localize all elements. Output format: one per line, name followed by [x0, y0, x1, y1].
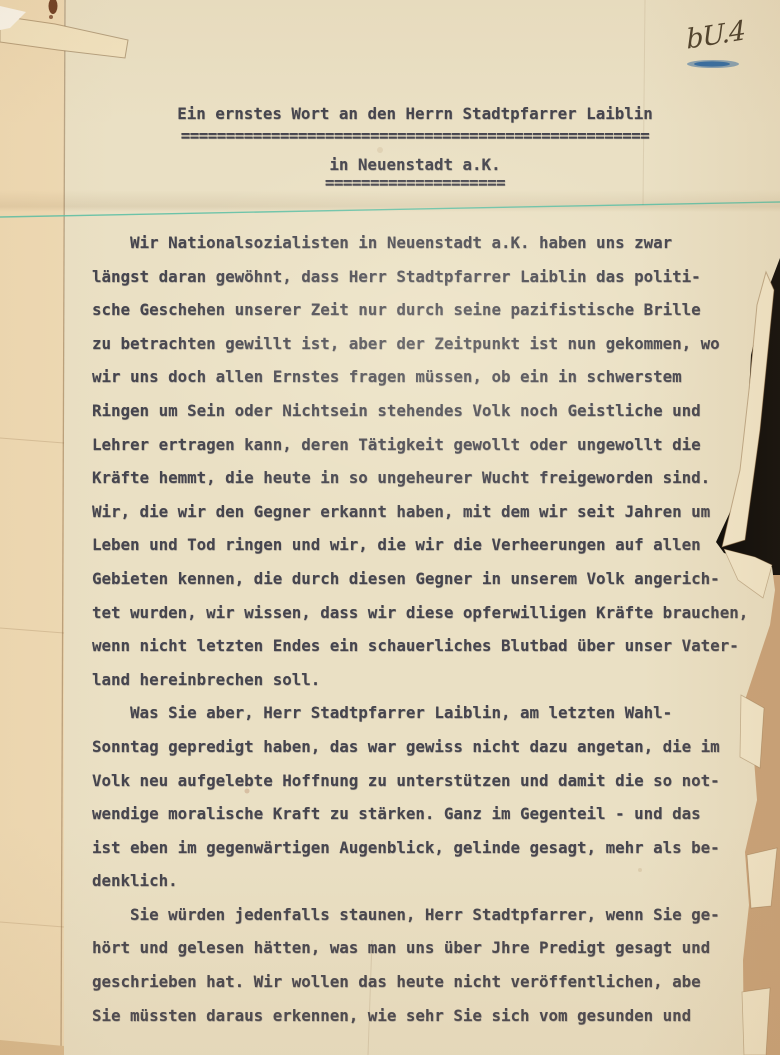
- document-scan-page: bU.4 Ein ernstes Wort an den Herrn Stadt…: [0, 0, 780, 1055]
- body-line: Ringen um Sein oder Nichtsein stehendes …: [92, 394, 780, 428]
- body-line: Wir, die wir den Gegner erkannt haben, m…: [92, 495, 780, 529]
- body-line: geschrieben hat. Wir wollen das heute ni…: [92, 965, 780, 999]
- body-line: sche Geschehen unserer Zeit nur durch se…: [92, 293, 780, 327]
- title-underline: ========================================…: [0, 126, 780, 145]
- body-line: Was Sie aber, Herr Stadtpfarrer Laiblin,…: [92, 696, 780, 730]
- body-line: tet wurden, wir wissen, dass wir diese o…: [92, 596, 780, 630]
- body-line: Sie müssten daraus erkennen, wie sehr Si…: [92, 999, 780, 1033]
- body-line: ist eben im gegenwärtigen Augenblick, ge…: [92, 831, 780, 865]
- body-line: längst daran gewöhnt, dass Herr Stadtpfa…: [92, 260, 780, 294]
- body-line: Wir Nationalsozialisten in Neuenstadt a.…: [92, 226, 780, 260]
- body-line: wenn nicht letzten Endes ein schauerlich…: [92, 629, 780, 663]
- body-line: hört und gelesen hätten, was man uns übe…: [92, 931, 780, 965]
- body-line: Sie würden jedenfalls staunen, Herr Stad…: [92, 898, 780, 932]
- body-line: Lehrer ertragen kann, deren Tätigkeit ge…: [92, 428, 780, 462]
- body-line: Gebieten kennen, die durch diesen Gegner…: [92, 562, 780, 596]
- heading-block: Ein ernstes Wort an den Herrn Stadtpfarr…: [0, 0, 780, 200]
- body-line: Leben und Tod ringen und wir, die wir di…: [92, 528, 780, 562]
- body-line: denklich.: [92, 864, 780, 898]
- body-line: land hereinbrechen soll.: [92, 663, 780, 697]
- body-text: Wir Nationalsozialisten in Neuenstadt a.…: [92, 226, 780, 1032]
- body-line: Sonntag gepredigt haben, das war gewiss …: [92, 730, 780, 764]
- body-line: wir uns doch allen Ernstes fragen müssen…: [92, 360, 780, 394]
- body-line: wendige moralische Kraft zu stärken. Gan…: [92, 797, 780, 831]
- body-line: zu betrachten gewillt ist, aber der Zeit…: [92, 327, 780, 361]
- page-subtitle: in Neuenstadt a.K.: [0, 155, 780, 174]
- body-line: Kräfte hemmt, die heute in so ungeheurer…: [92, 461, 780, 495]
- page-title: Ein ernstes Wort an den Herrn Stadtpfarr…: [0, 104, 780, 123]
- body-line: Volk neu aufgelebte Hoffnung zu unterstü…: [92, 764, 780, 798]
- subtitle-underline: ====================: [0, 173, 780, 192]
